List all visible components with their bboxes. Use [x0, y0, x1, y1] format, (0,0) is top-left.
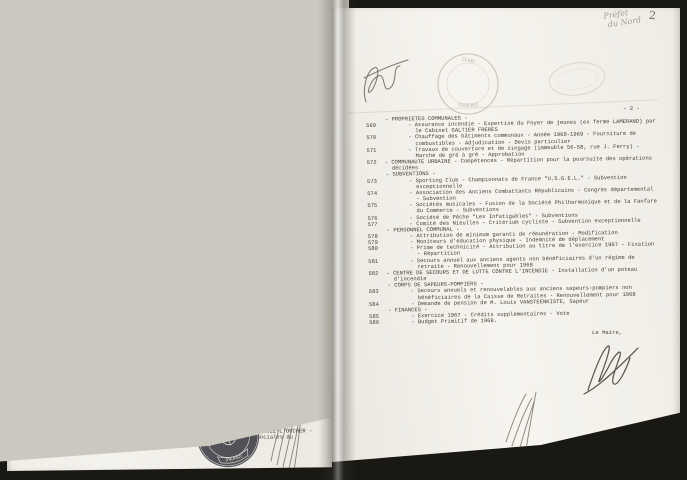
agenda-item-number: 573 [367, 178, 382, 184]
scan-background: 2 MAIRIE D'ARMENTIERES ✦ ✦ (NORD) [0, 0, 687, 480]
agenda-items-page-2: - PROPRIETES COMMUNALES -569- Assurance … [366, 112, 659, 326]
agenda-item-number: 581 [368, 258, 383, 264]
faint-stamp-bottom-text: (NORD) [458, 101, 478, 107]
page-number: - 2 - [623, 106, 640, 112]
agenda-item-text: - Budget Primitif de 1968. [411, 316, 659, 326]
agenda-item-number: 583 [369, 289, 384, 295]
pencil-initials [496, 388, 546, 450]
pencil-paraph [356, 54, 412, 106]
agenda-item-number: 582 [368, 271, 383, 277]
agenda-item-number: 577 [368, 221, 383, 227]
agenda-item-number: 586 [369, 320, 384, 326]
agenda-item-number: 569 [366, 123, 381, 129]
agenda-item-number: 570 [366, 135, 381, 141]
page-2: D'AR (NORD) - 2 - - PROPRIETES COMMUNALE… [332, 8, 680, 468]
mayor-signature [578, 338, 642, 400]
agenda-item-number: 571 [366, 148, 381, 154]
agenda-item-number: 580 [368, 246, 383, 252]
agenda-item-number: 584 [369, 301, 384, 307]
page-edge-sliver [0, 0, 349, 462]
agenda-item-number: 574 [367, 191, 382, 197]
agenda-item-number: 575 [367, 203, 382, 209]
faint-stamp-top-text: D'AR [461, 57, 475, 66]
closing-salutation: Le Maire, [592, 330, 622, 336]
faint-round-stamp-icon: D'AR (NORD) [435, 51, 501, 117]
faint-oval-stamp-icon [545, 55, 610, 103]
agenda-item-number: 572 [367, 160, 382, 166]
